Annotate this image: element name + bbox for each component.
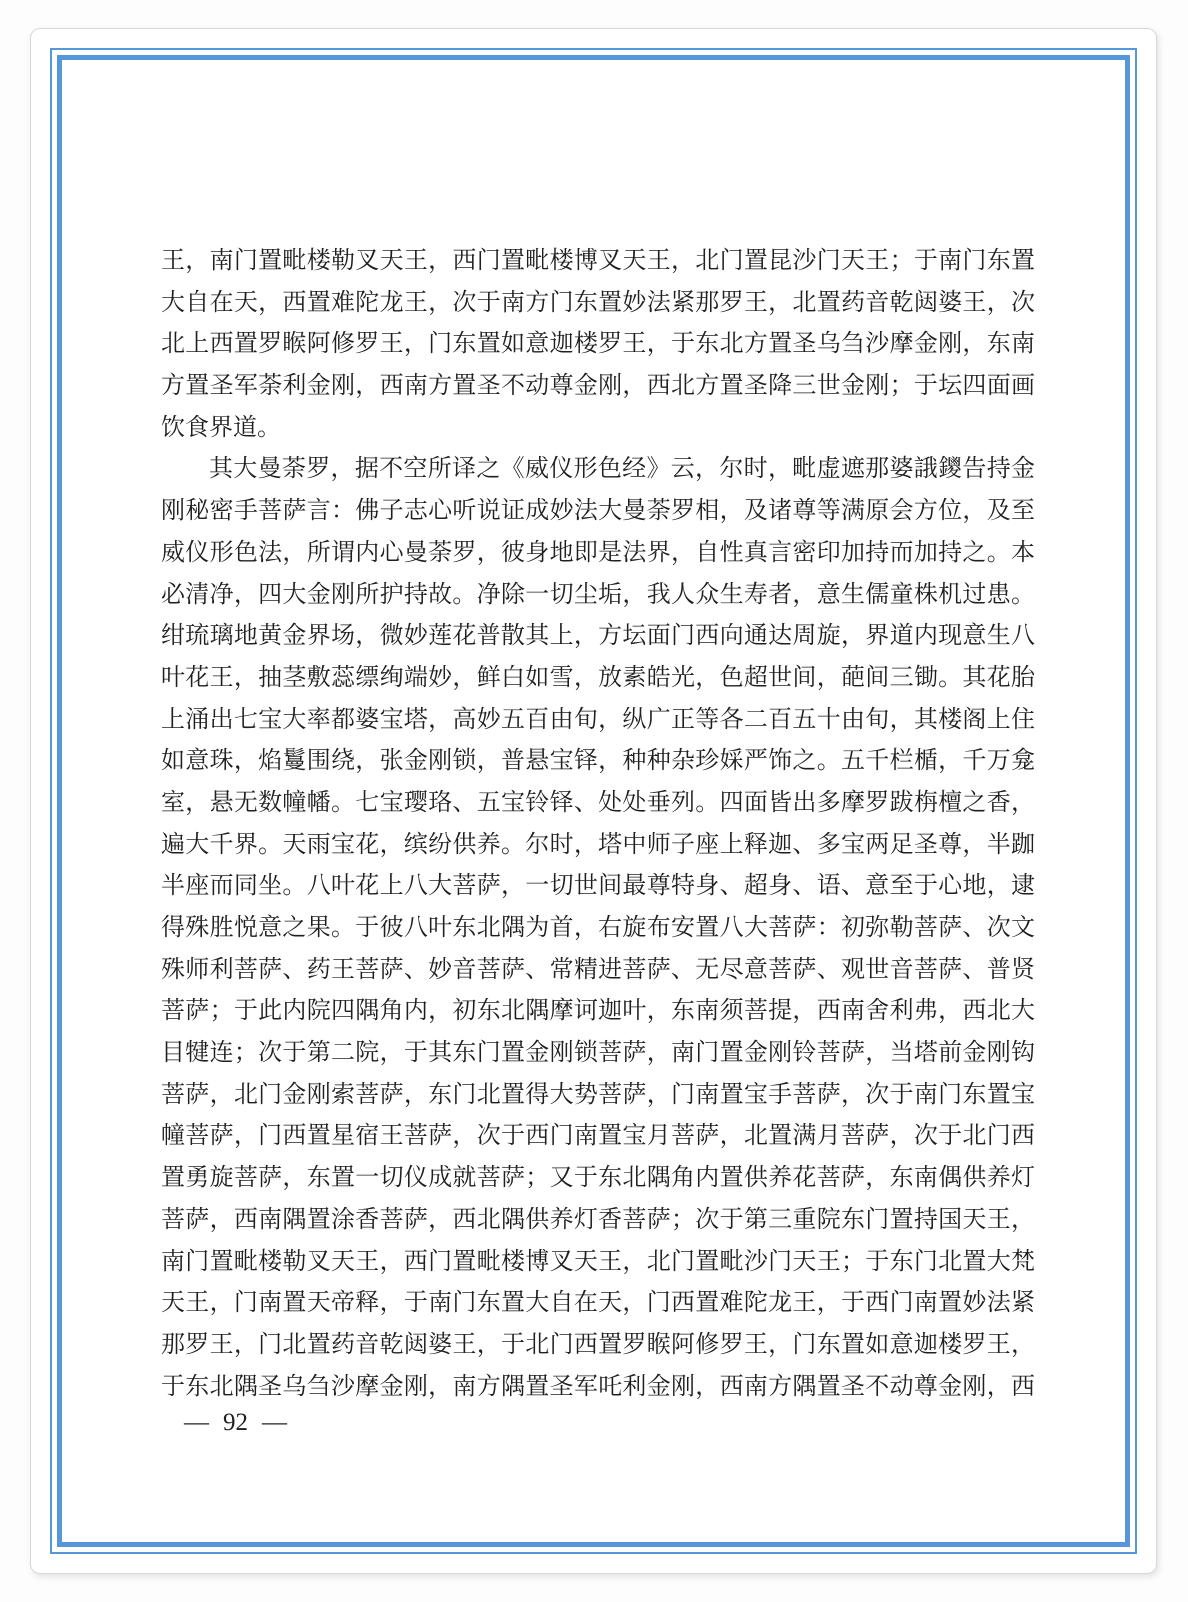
text-line: 遍大千界。天雨宝花，缤纷供养。尔时，塔中师子座上释迦、多宝两足圣尊，半跏	[161, 825, 1035, 867]
page-number: — 92 —	[184, 1407, 287, 1439]
text-line: 大自在天，西置难陀龙王，次于南方门东置妙法紧那罗王，北置药音乾闼婆王，次	[161, 283, 1035, 325]
text-line: 其大曼荼罗，据不空所译之《威仪形色经》云，尔时，毗虚遮那婆誐鑁告持金	[161, 449, 1035, 491]
text-line: 置勇旋菩萨，东置一切仪成就菩萨；又于东北隅角内置供养花菩萨，东南偶供养灯	[161, 1158, 1035, 1200]
text-line: 室，悬无数幢幡。七宝璎珞、五宝铃铎、处处垂列。四面皆出多摩罗跋栴檀之香，	[161, 783, 1035, 825]
text-line: 绀琉璃地黄金界场，微妙莲花普散其上，方坛面门西向通达周旋，界道内现意生八	[161, 616, 1035, 658]
text-line: 威仪形色法，所谓内心曼荼罗，彼身地即是法界，自性真言密印加持而加持之。本	[161, 533, 1035, 575]
page-number-left-dash: —	[184, 1407, 209, 1439]
paragraph: 其大曼荼罗，据不空所译之《威仪形色经》云，尔时，毗虚遮那婆誐鑁告持金刚秘密手菩萨…	[161, 449, 1035, 1408]
text-line: 方置圣军荼利金刚，西南方置圣不动尊金刚，西北方置圣降三世金刚；于坛四面画	[161, 366, 1035, 408]
text-line: 刚秘密手菩萨言：佛子志心听说证成妙法大曼荼罗相，及诸尊等满原会方位，及至	[161, 491, 1035, 533]
text-line: 必清净，四大金刚所护持故。净除一切尘垢，我人众生寿者，意生儒童株机过患。	[161, 575, 1035, 617]
text-line: 上涌出七宝大率都婆宝塔，高妙五百由旬，纵广正等各二百五十由旬，其楼阁上住	[161, 700, 1035, 742]
text-line: 菩萨，西南隅置涂香菩萨，西北隅供养灯香菩萨；次于第三重院东门置持国天王，	[161, 1200, 1035, 1242]
text-line: 王，南门置毗楼勒叉天王，西门置毗楼博叉天王，北门置昆沙门天王；于南门东置	[161, 241, 1035, 283]
text-line: 叶花王，抽茎敷蕊缥绚端妙，鲜白如雪，放素皓光，色超世间，葩间三锄。其花胎	[161, 658, 1035, 700]
text-line: 菩萨，北门金刚索菩萨，东门北置得大势菩萨，门南置宝手菩萨，次于南门东置宝	[161, 1075, 1035, 1117]
text-line: 天王，门南置天帝释，于南门东置大自在天，门西置难陀龙王，于西门南置妙法紧	[161, 1283, 1035, 1325]
text-line: 得殊胜悦意之果。于彼八叶东北隅为首，右旋布安置八大菩萨：初弥勒菩萨、次文	[161, 908, 1035, 950]
text-line: 那罗王，门北置药音乾闼婆王，于北门西置罗睺阿修罗王，门东置如意迦楼罗王，	[161, 1325, 1035, 1367]
page-number-right-dash: —	[262, 1407, 287, 1439]
page-number-value: 92	[223, 1407, 248, 1439]
text-line: 目犍连；次于第二院，于其东门置金刚锁菩萨，南门置金刚铃菩萨，当塔前金刚钩	[161, 1033, 1035, 1075]
text-line: 幢菩萨，门西置星宿王菩萨，次于西门南置宝月菩萨，北置满月菩萨，次于北门西	[161, 1116, 1035, 1158]
text-line: 殊师利菩萨、药王菩萨、妙音菩萨、常精进菩萨、无尽意菩萨、观世音菩萨、普贤	[161, 950, 1035, 992]
text-line: 如意珠，焰鬘围绕，张金刚锁，普悬宝铎，种种杂珍婇严饰之。五千栏楯，千万龛	[161, 741, 1035, 783]
text-line: 于东北隅圣乌刍沙摩金刚，南方隅置圣军吒利金刚，西南方隅置圣不动尊金刚，西	[161, 1367, 1035, 1409]
text-line: 半座而同坐。八叶花上八大菩萨，一切世间最尊特身、超身、语、意至于心地，逮	[161, 866, 1035, 908]
page-body-text: 王，南门置毗楼勒叉天王，西门置毗楼博叉天王，北门置昆沙门天王；于南门东置大自在天…	[161, 241, 1035, 1408]
text-line: 北上西置罗睺阿修罗王，门东置如意迦楼罗王，于东北方置圣乌刍沙摩金刚，东南	[161, 324, 1035, 366]
text-line: 南门置毗楼勒叉天王，西门置毗楼博叉天王，北门置毗沙门天王；于东门北置大梵	[161, 1242, 1035, 1284]
text-line: 饮食界道。	[161, 408, 1035, 450]
book-page: 王，南门置毗楼勒叉天王，西门置毗楼博叉天王，北门置昆沙门天王；于南门东置大自在天…	[30, 28, 1157, 1574]
paragraph: 王，南门置毗楼勒叉天王，西门置毗楼博叉天王，北门置昆沙门天王；于南门东置大自在天…	[161, 241, 1035, 449]
text-line: 菩萨；于此内院四隅角内，初东北隅摩诃迦叶，东南须菩提，西南舍利弗，西北大	[161, 991, 1035, 1033]
